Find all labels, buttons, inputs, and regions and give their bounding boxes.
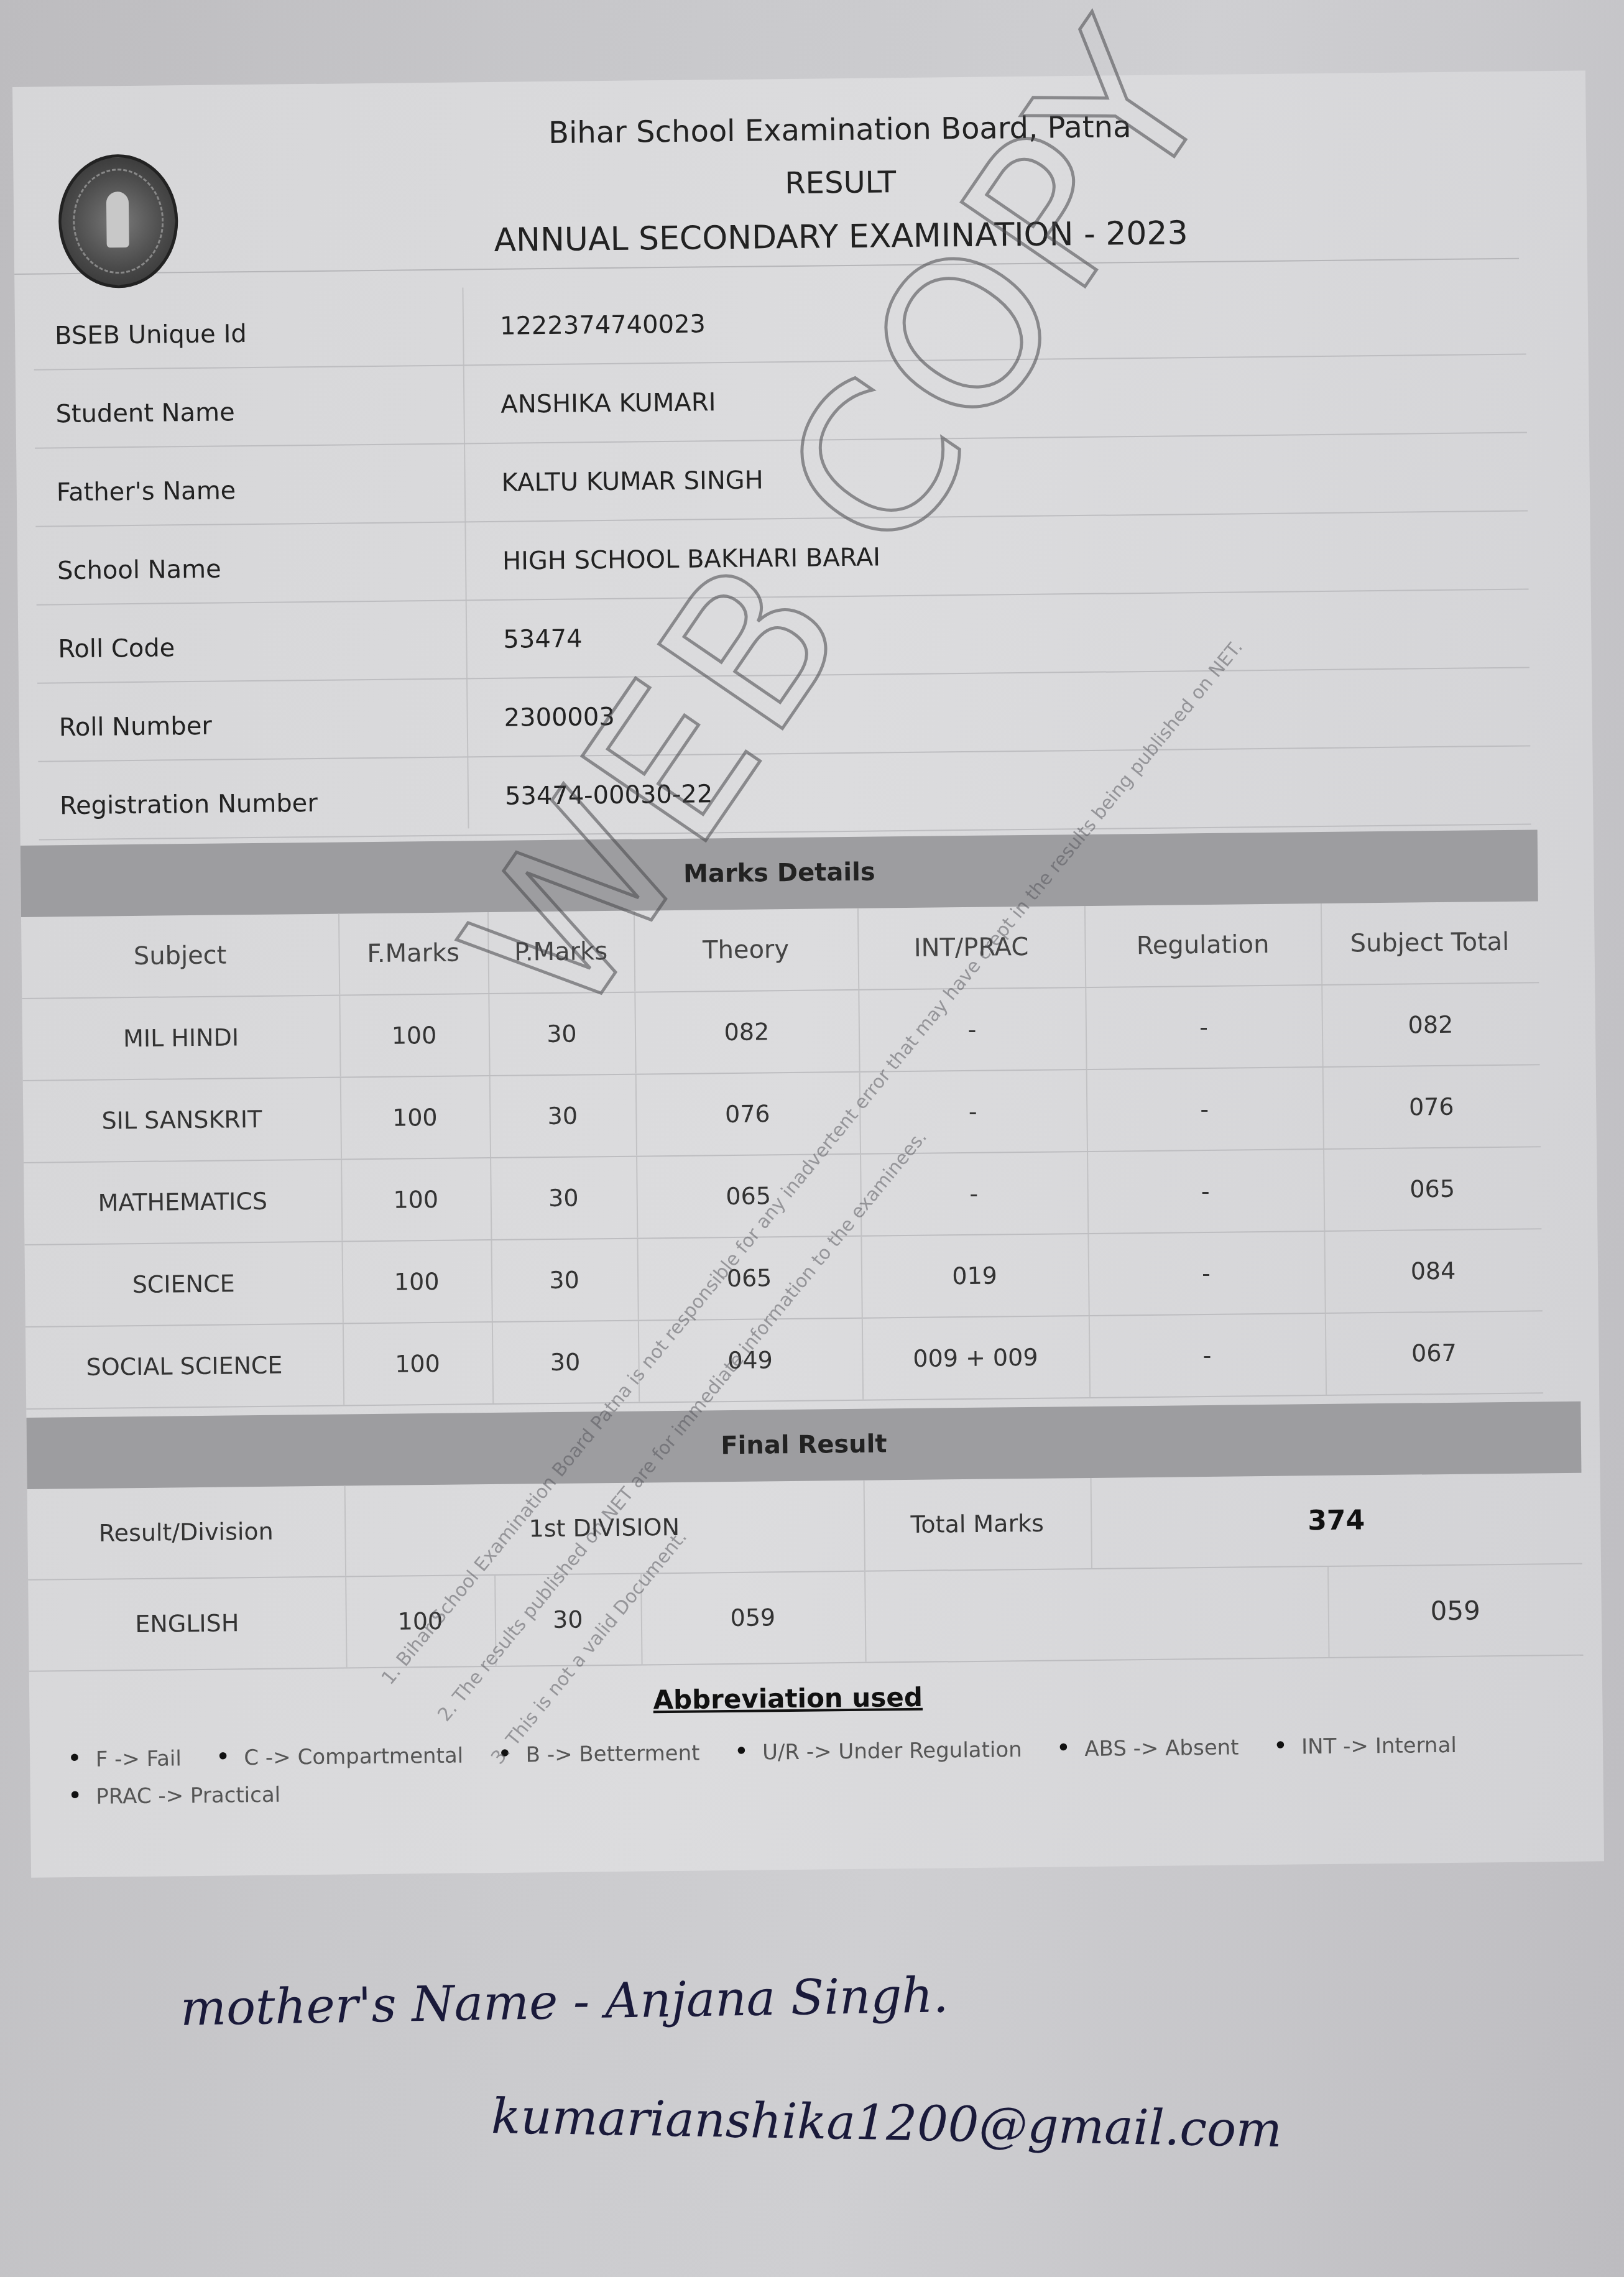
table-cell: 084 (1324, 1229, 1542, 1313)
document-header: Bihar School Examination Board, Patna RE… (12, 72, 1519, 275)
handwritten-mother-name: mother's Name - Anjana Singh. (180, 1967, 949, 2037)
abbreviation-title: Abbreviation used (29, 1675, 1546, 1722)
total-marks-value: 374 (1091, 1473, 1582, 1568)
abbreviation-item: C -> Compartmental (216, 1744, 464, 1771)
table-cell: - (1089, 1314, 1327, 1397)
abbreviation-item: PRAC -> Practical (68, 1783, 281, 1810)
table-cell: SCIENCE (25, 1242, 344, 1326)
info-label: Roll Number (59, 712, 213, 742)
table-cell: 082 (634, 991, 860, 1074)
table-cell: - (1087, 1232, 1326, 1315)
final-result-table: Result/Division 1st DIVISION Total Marks… (27, 1473, 1584, 1672)
table-cell: 30 (491, 1239, 639, 1321)
table-cell: 067 (1325, 1311, 1543, 1395)
extra-subject-total: 059 (1327, 1564, 1583, 1657)
abbreviation-item: INT -> Internal (1273, 1733, 1457, 1760)
table-cell: - (1086, 1068, 1324, 1151)
table-cell: 065 (1323, 1147, 1541, 1231)
exam-title: ANNUAL SECONDARY EXAMINATION - 2023 (88, 210, 1593, 263)
table-row: SOCIAL SCIENCE10030049009 + 009-067 (25, 1311, 1543, 1410)
table-cell: SIL SANSKRIT (23, 1078, 342, 1162)
info-value: 53474 (503, 624, 583, 654)
info-label: Student Name (55, 398, 235, 428)
marks-table: SubjectF.MarksP.MarksTheoryINT/PRACRegul… (21, 901, 1543, 1410)
table-cell: 30 (490, 1157, 638, 1239)
extra-subject-row: ENGLISH 100 30 059 059 (28, 1564, 1583, 1672)
abbreviation-list: F -> FailC -> CompartmentalB -> Betterme… (67, 1725, 1560, 1815)
abbreviation-item: F -> Fail (67, 1746, 182, 1772)
table-cell: - (1087, 1150, 1325, 1233)
table-cell: SOCIAL SCIENCE (25, 1324, 344, 1408)
abbreviation-item: ABS -> Absent (1056, 1735, 1239, 1762)
table-cell: 100 (341, 1158, 492, 1241)
abbreviation-item: U/R -> Under Regulation (734, 1737, 1022, 1765)
table-row: MIL HINDI10030082--082 (22, 983, 1539, 1081)
division-row: Result/Division 1st DIVISION Total Marks… (27, 1473, 1582, 1581)
extra-subject-theory: 059 (640, 1572, 866, 1665)
info-label: Registration Number (60, 789, 318, 820)
abbreviation-item: B -> Betterment (497, 1741, 700, 1768)
table-cell: 019 (860, 1234, 1089, 1318)
table-cell: 009 + 009 (862, 1316, 1091, 1400)
table-cell: 082 (1321, 983, 1539, 1066)
extra-subject-blank (864, 1567, 1329, 1662)
table-cell: 100 (339, 994, 490, 1077)
column-header: Subject Total (1321, 901, 1539, 984)
table-cell: 100 (340, 1076, 491, 1159)
column-header: Regulation (1084, 903, 1322, 987)
table-cell: 100 (341, 1240, 492, 1323)
table-cell: - (1085, 986, 1323, 1069)
table-cell: 076 (1322, 1065, 1541, 1148)
board-name: Bihar School Examination Board, Patna (88, 104, 1592, 155)
info-label: Roll Code (58, 634, 175, 663)
info-value: 1222374740023 (500, 310, 706, 340)
table-cell: MATHEMATICS (24, 1160, 343, 1244)
column-header: Subject (21, 914, 340, 998)
info-row: BSEB Unique Id1222374740023 (33, 277, 1526, 371)
table-cell: 30 (489, 1075, 637, 1157)
table-cell: MIL HINDI (22, 996, 341, 1080)
document-type: RESULT (88, 157, 1592, 208)
info-value: ANSHIKA KUMARI (501, 388, 716, 419)
extra-subject-name: ENGLISH (28, 1577, 347, 1671)
result-document: Bihar School Examination Board, Patna RE… (12, 71, 1604, 1878)
table-cell: - (859, 1070, 1088, 1153)
info-label: Father's Name (57, 476, 236, 507)
handwritten-email: kumarianshika1200@gmail.com (491, 2089, 1282, 2158)
total-marks-label: Total Marks (864, 1478, 1092, 1571)
division-label: Result/Division (27, 1486, 346, 1579)
info-label: BSEB Unique Id (55, 320, 247, 350)
info-label: School Name (57, 555, 221, 586)
table-cell: 100 (343, 1323, 494, 1405)
table-row: SIL SANSKRIT10030076--076 (23, 1065, 1541, 1163)
marks-header-row: SubjectF.MarksP.MarksTheoryINT/PRACRegul… (21, 901, 1539, 999)
